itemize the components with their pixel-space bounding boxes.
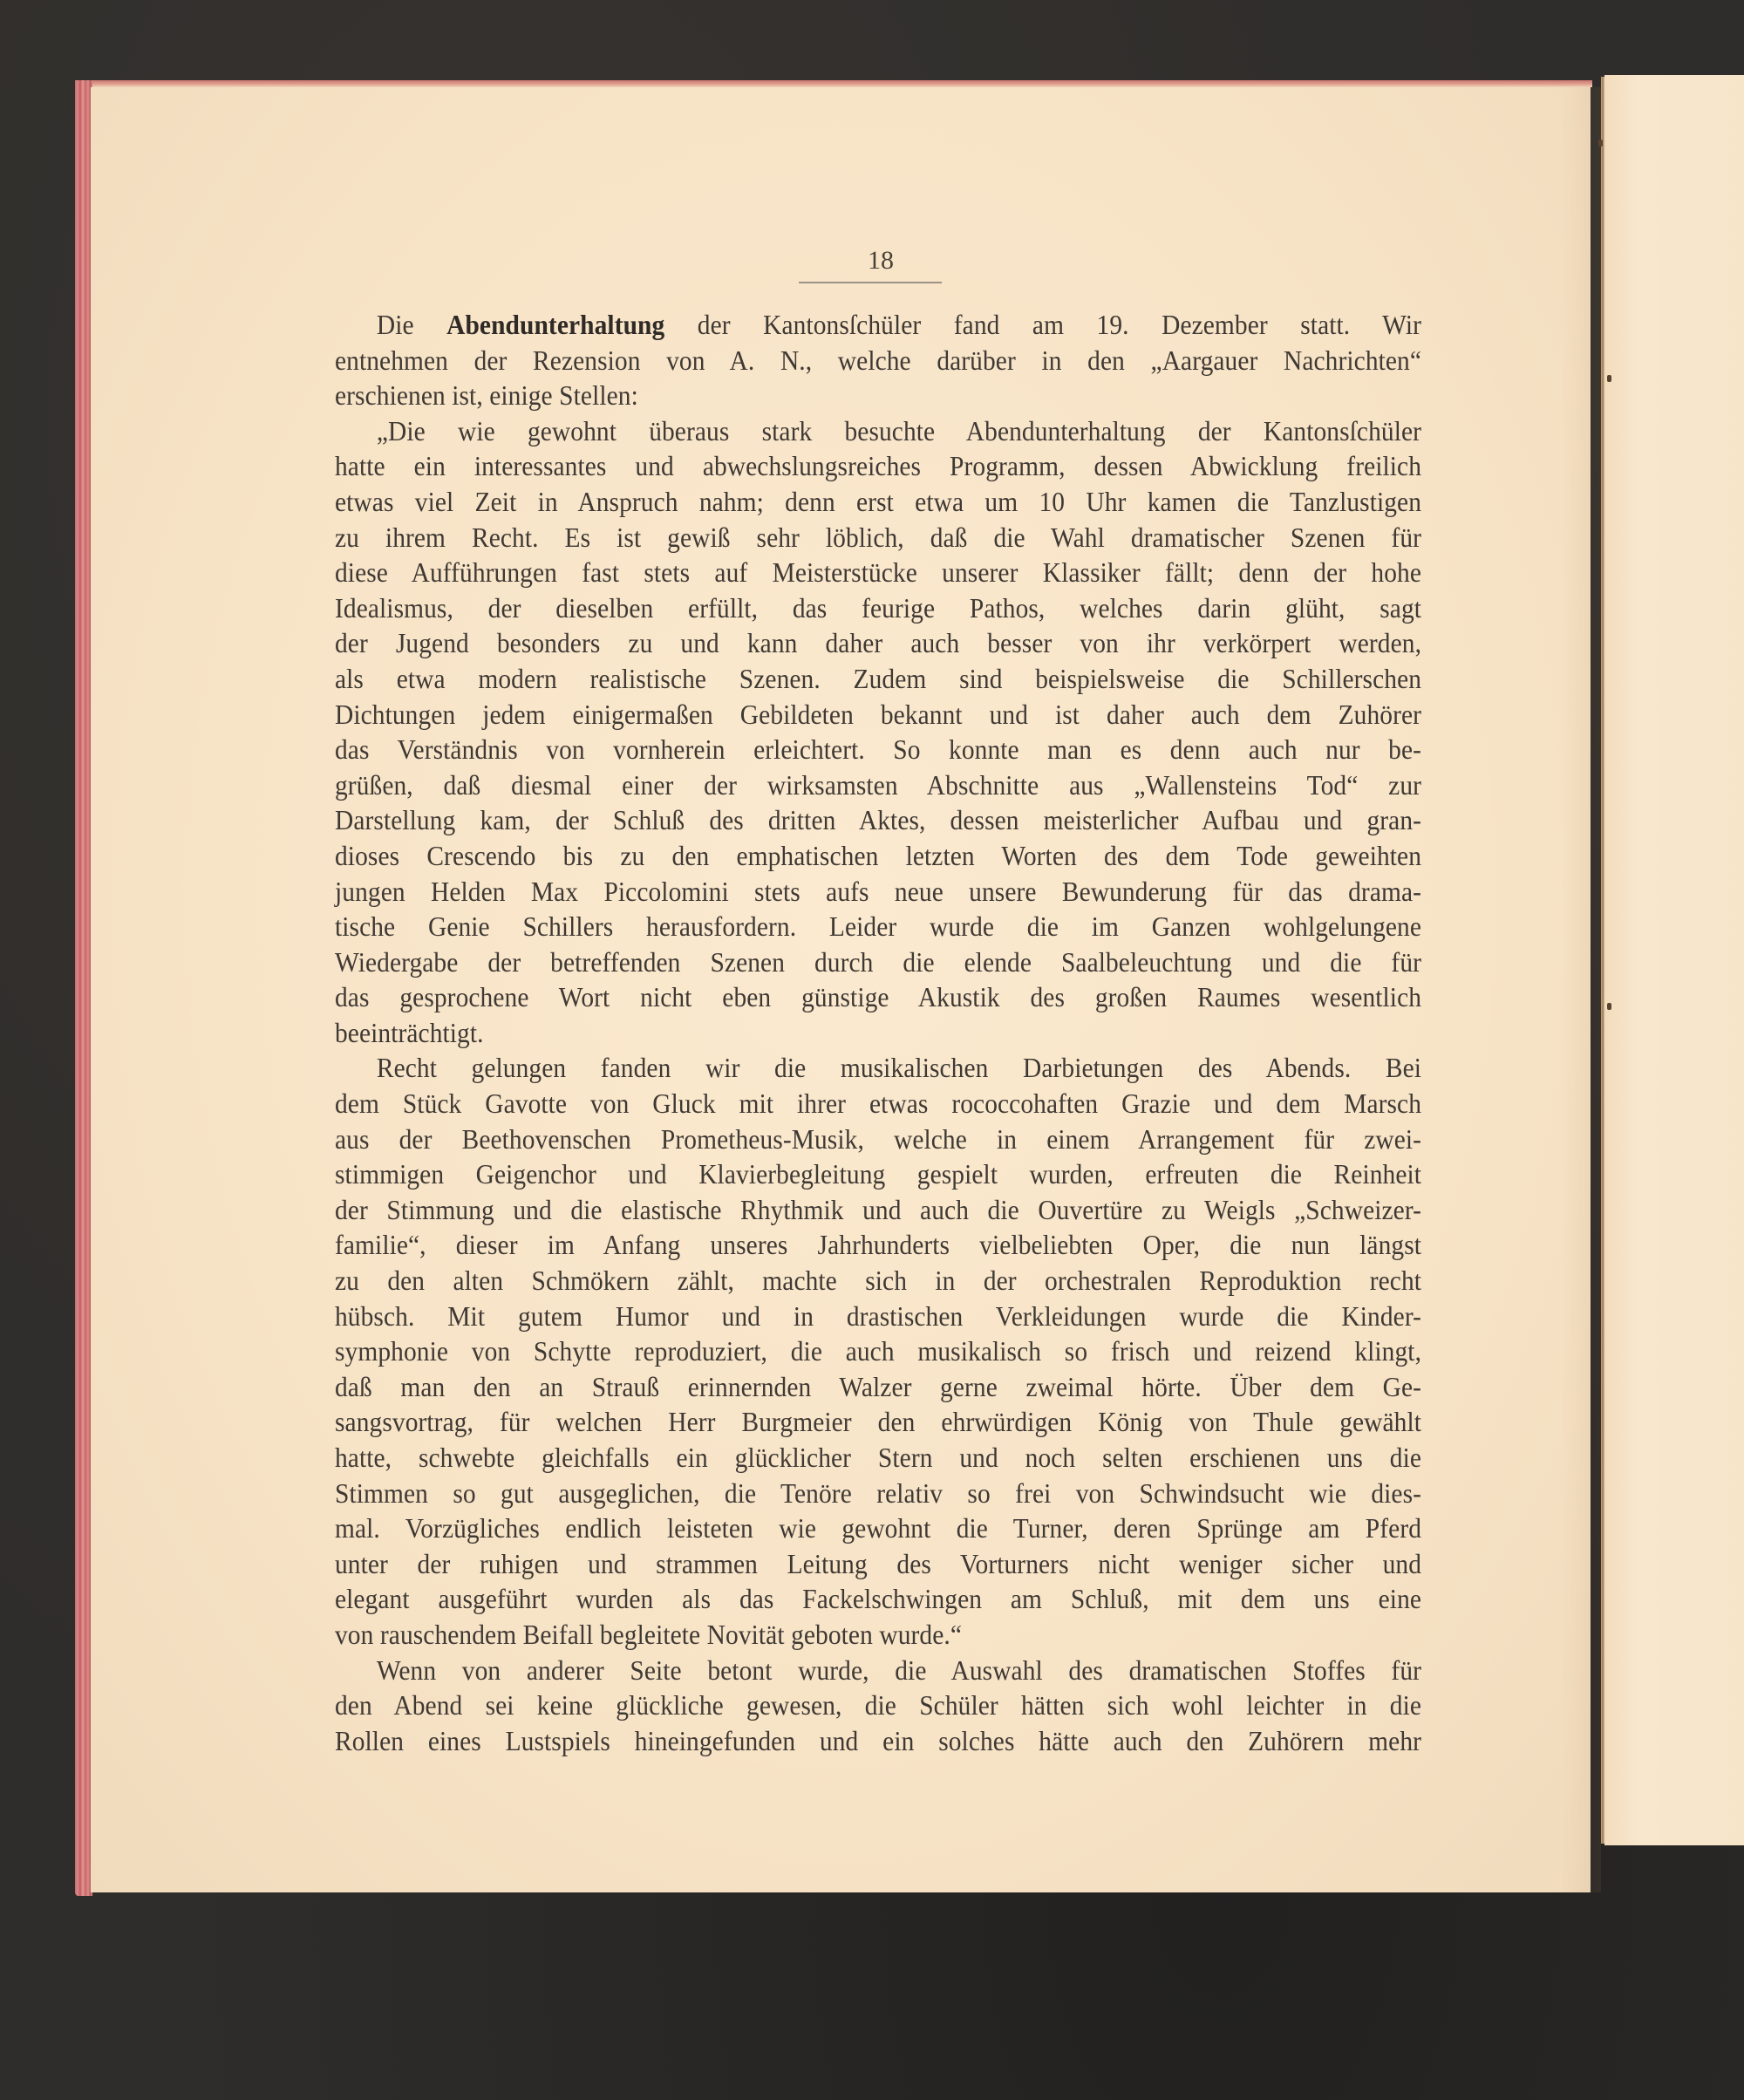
text-line: symphonie von Schytte reproduziert, die … bbox=[335, 1333, 1421, 1369]
text-line: Wiedergabe der betreffenden Szenen durch… bbox=[335, 944, 1421, 980]
page-edge-top bbox=[75, 80, 1592, 87]
text-line: Wenn von anderer Seite betont wurde, die… bbox=[335, 1653, 1421, 1688]
text-line: familie“, dieser im Anfang unseres Jahrh… bbox=[335, 1227, 1421, 1263]
text-line: diese Aufführungen fast stets auf Meiste… bbox=[335, 555, 1421, 590]
text-line: zu den alten Schmökern zählt, machte sic… bbox=[335, 1263, 1421, 1299]
text-line: dem Stück Gavotte von Gluck mit ihrer et… bbox=[335, 1086, 1421, 1122]
text-line: den Abend sei keine glückliche gewesen, … bbox=[335, 1687, 1421, 1723]
text-line: etwas viel Zeit in Anspruch nahm; denn e… bbox=[335, 484, 1421, 520]
text-line: daß man den an Strauß erinnernden Walzer… bbox=[335, 1369, 1421, 1405]
paragraph: Die Abendunterhaltung der Kantonsſchüler… bbox=[335, 307, 1421, 413]
text-line: als etwa modern realistische Szenen. Zud… bbox=[335, 661, 1421, 697]
text-line: Darstellung kam, der Schluß des dritten … bbox=[335, 802, 1421, 838]
text-line: zu ihrem Recht. Es ist gewiß sehr löblic… bbox=[335, 520, 1421, 556]
text-line: entnehmen der Rezension von A. N., welch… bbox=[335, 343, 1421, 378]
text-line: hatte ein interessantes und abwechslungs… bbox=[335, 448, 1421, 484]
adjacent-page bbox=[1604, 75, 1744, 1845]
text-line: Stimmen so gut ausgeglichen, die Tenöre … bbox=[335, 1476, 1421, 1511]
text-line: das gesprochene Wort nicht eben günstige… bbox=[335, 979, 1421, 1015]
text-line: hatte, schwebte gleichfalls ein glücklic… bbox=[335, 1440, 1421, 1476]
text-line: aus der Beethovenschen Prometheus-Musik,… bbox=[335, 1122, 1421, 1157]
text-line: sangsvortrag, für welchen Herr Burgmeier… bbox=[335, 1404, 1421, 1440]
text-line: der Stimmung und die elastische Rhythmik… bbox=[335, 1192, 1421, 1228]
text-line: von rauschendem Beifall begleitete Novit… bbox=[335, 1617, 1421, 1653]
page-number-rule bbox=[799, 282, 942, 283]
text-line: unter der ruhigen und strammen Leitung d… bbox=[335, 1546, 1421, 1582]
page-fold-shadow bbox=[1561, 87, 1601, 1892]
text-line: mal. Vorzügliches endlich leisteten wie … bbox=[335, 1510, 1421, 1546]
text-line: erschienen ist, einige Stellen: bbox=[335, 378, 1421, 413]
text-line: jungen Helden Max Piccolomini stets aufs… bbox=[335, 874, 1421, 910]
binding-mark bbox=[1607, 375, 1611, 382]
page-edge-stack bbox=[75, 80, 92, 1896]
text-line: hübsch. Mit gutem Humor und in drastisch… bbox=[335, 1299, 1421, 1334]
text-line: das Verständnis von vornherein erleichte… bbox=[335, 732, 1421, 767]
text-line: grüßen, daß diesmal einer der wirksamste… bbox=[335, 767, 1421, 803]
page-number: 18 bbox=[855, 246, 907, 276]
text-line: Idealismus, der dieselben erfüllt, das f… bbox=[335, 590, 1421, 626]
paragraph: Recht gelungen fanden wir die musikalisc… bbox=[335, 1050, 1421, 1652]
text-line: beeinträchtigt. bbox=[335, 1015, 1421, 1051]
text-line: Die Abendunterhaltung der Kantonsſchüler… bbox=[335, 307, 1421, 343]
text-line: der Jugend besonders zu und kann daher a… bbox=[335, 625, 1421, 661]
book-gutter bbox=[1601, 77, 1604, 1844]
binding-mark bbox=[1598, 140, 1603, 147]
bold-heading-term: Abendunterhaltung bbox=[446, 309, 664, 340]
text-line: Rollen eines Lustspiels hineingefunden u… bbox=[335, 1723, 1421, 1759]
text-line: Recht gelungen fanden wir die musikalisc… bbox=[335, 1050, 1421, 1086]
text-line: stimmigen Geigenchor und Klavierbegleitu… bbox=[335, 1156, 1421, 1192]
paragraph: Wenn von anderer Seite betont wurde, die… bbox=[335, 1653, 1421, 1759]
body-text: Die Abendunterhaltung der Kantonsſchüler… bbox=[335, 307, 1421, 1758]
text-line: dioses Crescendo bis zu den emphatischen… bbox=[335, 838, 1421, 874]
paragraph: „Die wie gewohnt überaus stark besuchte … bbox=[335, 413, 1421, 1051]
text-line: „Die wie gewohnt überaus stark besuchte … bbox=[335, 413, 1421, 449]
text-line: Dichtungen jedem einigermaßen Gebildeten… bbox=[335, 697, 1421, 733]
text-line: elegant ausgeführt wurden als das Fackel… bbox=[335, 1581, 1421, 1617]
text-line: tische Genie Schillers herausfordern. Le… bbox=[335, 909, 1421, 944]
binding-mark bbox=[1607, 1003, 1611, 1010]
